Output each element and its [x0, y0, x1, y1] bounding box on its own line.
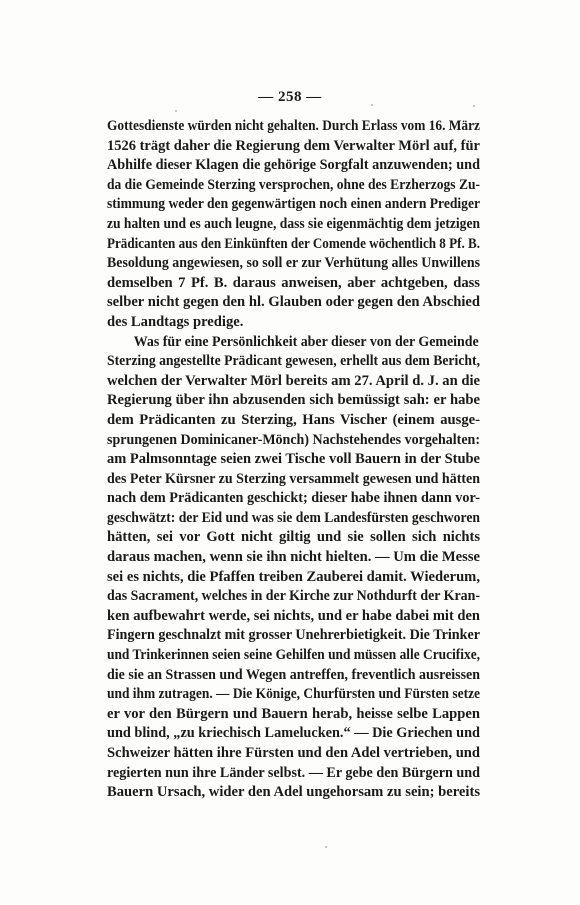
text-line: ken aufbewahrt werde, sei nichts, und er… — [107, 607, 480, 627]
text-line: stimmung weder den gegenwärtigen noch ei… — [107, 195, 480, 215]
text-line: Abhilfe dieser Klagen die gehörige Sorgf… — [107, 156, 480, 176]
text-line: er vor den Bürgern und Bauern herab, hei… — [107, 705, 480, 725]
text-line: die sie an Strassen und Wegen antreffen,… — [107, 666, 480, 686]
text-line: hätten, sei vor Gott nicht giltig und si… — [107, 528, 480, 548]
scan-speck — [473, 105, 475, 107]
text-line: demselben 7 Pf. B. daraus anweisen, aber… — [107, 274, 480, 294]
text-line: am Palmsonntage seien zwei Tische voll B… — [107, 450, 480, 470]
text-line: das Sacrament, welches in der Kirche zur… — [107, 587, 480, 607]
scan-speck — [175, 110, 177, 112]
text-line: welchen der Verwalter Mörl bereits am 27… — [107, 372, 480, 392]
body-text: Gottesdienste würden nicht gehalten. Dur… — [107, 117, 480, 803]
paragraph-2: Was für eine Persönlichkeit aber dieser … — [107, 333, 480, 803]
text-line: Sterzing angestellte Prädicant gewesen, … — [107, 352, 480, 372]
text-line: geschwätzt: der Eid und was sie dem Land… — [107, 509, 480, 529]
text-line: Bauern Ursach, wider den Adel ungehorsam… — [107, 783, 480, 803]
scan-speck — [325, 846, 327, 848]
text-line: und Trinkerinnen seien seine Gehilfen un… — [107, 646, 480, 666]
text-line: und blind, „zu kriechisch Lamelucken.“ —… — [107, 724, 480, 744]
text-line: Was für eine Persönlichkeit aber dieser … — [107, 333, 479, 353]
text-line: Fingern geschnalzt mit grosser Unehrerbi… — [107, 626, 480, 646]
text-line: sprungenen Dominicaner-Mönch) Nachstehen… — [107, 431, 480, 451]
page-number: — 258 — — [0, 89, 580, 106]
text-line: Schweizer hätten ihre Fürsten und den Ad… — [107, 744, 480, 764]
scan-speck — [371, 104, 373, 106]
text-line: und ihm zutragen. — Die Könige, Churfürs… — [107, 685, 480, 705]
text-line: Regierung über ihn abzusenden sich bemüs… — [107, 391, 480, 411]
text-line: selber nicht gegen den hl. Glauben oder … — [107, 293, 480, 313]
text-line: 1526 trägt daher die Regierung dem Verwa… — [107, 137, 480, 157]
text-line: dem Prädicanten zu Sterzing, Hans Vische… — [107, 411, 480, 431]
text-line: des Peter Kürsner zu Sterzing versammelt… — [107, 470, 480, 490]
paragraph-1: Gottesdienste würden nicht gehalten. Dur… — [107, 117, 480, 333]
text-line: regierten nun ihre Länder selbst. — Er g… — [107, 764, 480, 784]
text-line: Prädicanten aus den Einkünften der Comen… — [107, 235, 480, 255]
text-line: zu halten und es auch leugne, dass sie e… — [107, 215, 480, 235]
text-line: Gottesdienste würden nicht gehalten. Dur… — [107, 117, 480, 137]
text-line: sei es nichts, die Pfaffen treiben Zaube… — [107, 568, 480, 588]
book-page: — 258 — Gottesdienste würden nicht gehal… — [0, 0, 580, 905]
text-line: des Landtags predige. — [107, 313, 480, 333]
text-line: da die Gemeinde Sterzing versprochen, oh… — [107, 176, 480, 196]
text-line: daraus machen, wenn sie ihn nicht hielte… — [107, 548, 480, 568]
text-line: nach dem Prädicanten geschickt; dieser h… — [107, 489, 480, 509]
text-line: Besoldung angewiesen, so soll er zur Ver… — [107, 254, 480, 274]
